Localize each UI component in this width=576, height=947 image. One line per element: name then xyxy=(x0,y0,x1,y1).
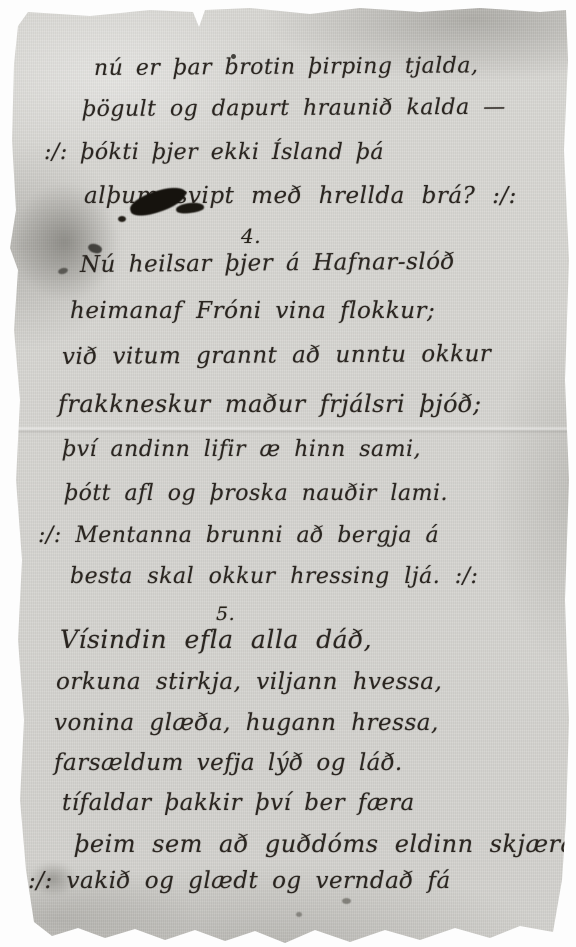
poem-line: þeim sem að guðdóms eldinn skjæra xyxy=(74,830,575,858)
paper-crease xyxy=(0,426,576,434)
stanza-number: 5. xyxy=(216,603,235,625)
poem-line: Nú heilsar þjer á Hafnar-slóð xyxy=(80,249,455,278)
poem-line: farsældum vefja lýð og láð. xyxy=(54,750,403,776)
poem-line: orkuna stirkja, viljann hvessa, xyxy=(56,669,442,695)
poem-line: frakkneskur maður frjálsri þjóð; xyxy=(58,390,482,418)
poem-line: heimanaf Fróni vina flokkur; xyxy=(70,298,435,324)
paper-sheet: nú er þar brotin þirping tjalda, þögult … xyxy=(0,0,576,947)
stanza-number: 4. xyxy=(241,224,261,248)
ink-speck xyxy=(342,898,351,904)
manuscript-scan: nú er þar brotin þirping tjalda, þögult … xyxy=(0,0,576,947)
poem-line: :/: Mentanna brunni að bergja á xyxy=(38,523,439,548)
poem-line: nú er þar brotin þirping tjalda, xyxy=(94,53,479,81)
ink-speck xyxy=(118,216,126,222)
ink-speck xyxy=(296,912,302,917)
poem-line: tífaldar þakkir því ber færa xyxy=(62,790,415,816)
poem-line: við vitum grannt að unntu okkur xyxy=(62,341,492,370)
poem-line: :/: þókti þjer ekki Ísland þá xyxy=(44,140,384,165)
poem-line: besta skal okkur hressing ljá. :/: xyxy=(70,564,478,589)
poem-line: því andinn lifir æ hinn sami, xyxy=(62,437,421,462)
poem-line: Vísindin efla alla dáð, xyxy=(60,625,372,654)
poem-line: vonina glæða, hugann hressa, xyxy=(54,710,439,736)
poem-line: þótt afl og þroska nauðir lami. xyxy=(64,481,448,506)
poem-line: :/: vakið og glædt og verndað fá xyxy=(28,868,451,894)
poem-line: þögult og dapurt hraunið kalda — xyxy=(82,95,506,122)
